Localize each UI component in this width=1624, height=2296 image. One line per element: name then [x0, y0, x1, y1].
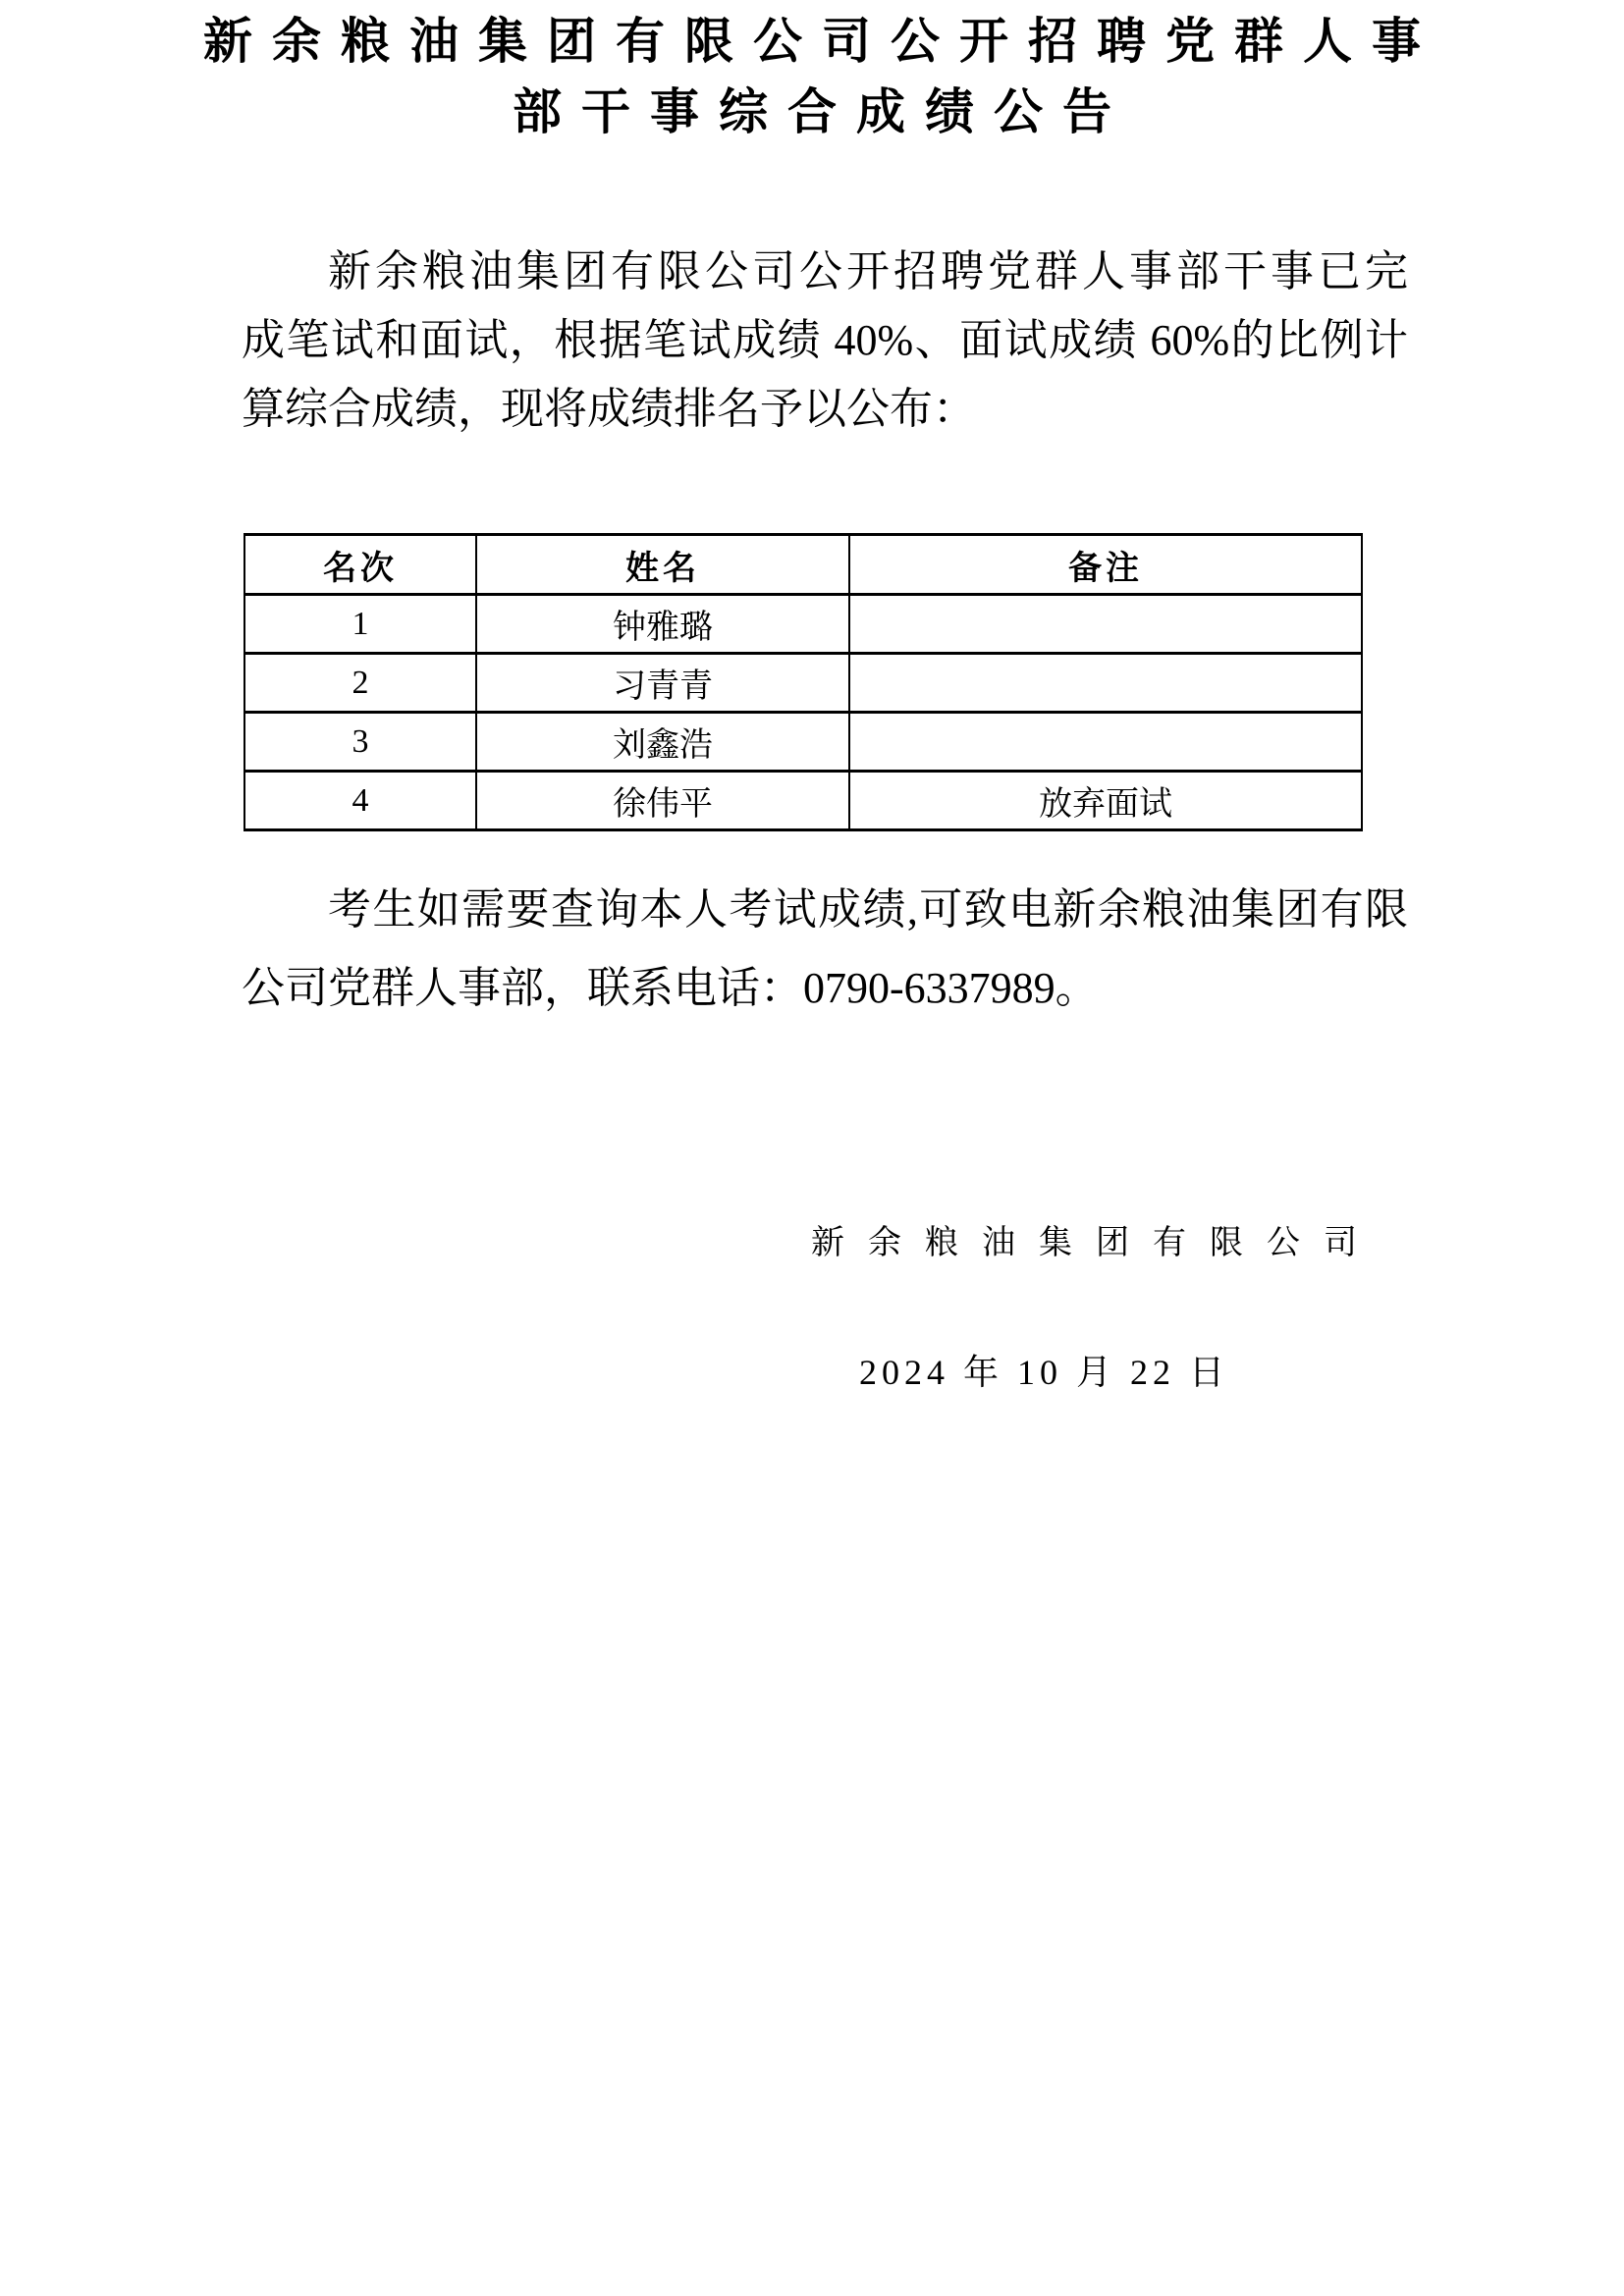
- table-row: 3 刘鑫浩: [244, 713, 1362, 772]
- title-line-2: 部干事综合成绩公告: [0, 77, 1624, 147]
- name-cell: 习青青: [476, 654, 849, 713]
- signature: 新余粮油集团有限公司: [811, 1215, 1380, 1263]
- rank-cell: 3: [244, 713, 476, 772]
- intro-line-3: 算综合成绩，现将成绩排名予以公布：: [242, 375, 1408, 444]
- name-cell: 刘鑫浩: [476, 713, 849, 772]
- table-header-row: 名次 姓名 备注: [244, 535, 1362, 595]
- name-cell: 钟雅璐: [476, 595, 849, 654]
- rank-cell: 4: [244, 772, 476, 830]
- document-title: 新余粮油集团有限公司公开招聘党群人事 部干事综合成绩公告: [0, 6, 1624, 147]
- header-cell-name: 姓名: [476, 535, 849, 595]
- header-cell-rank: 名次: [244, 535, 476, 595]
- note-cell: [849, 654, 1362, 713]
- rank-cell: 1: [244, 595, 476, 654]
- intro-paragraph: 新余粮油集团有限公司公开招聘党群人事部干事已完 成笔试和面试，根据笔试成绩 40…: [242, 238, 1408, 444]
- document-page: 新余粮油集团有限公司公开招聘党群人事 部干事综合成绩公告 新余粮油集团有限公司公…: [0, 0, 1624, 2296]
- table-row: 1 钟雅璐: [244, 595, 1362, 654]
- rank-cell: 2: [244, 654, 476, 713]
- closing-line-2: 公司党群人事部，联系电话：0790-6337989。: [242, 949, 1408, 1028]
- date: 2024 年 10 月 22 日: [859, 1345, 1229, 1395]
- note-cell: [849, 595, 1362, 654]
- intro-line-2: 成笔试和面试，根据笔试成绩 40%、面试成绩 60%的比例计: [242, 306, 1408, 375]
- table-row: 2 习青青: [244, 654, 1362, 713]
- title-line-1: 新余粮油集团有限公司公开招聘党群人事: [0, 6, 1624, 77]
- header-cell-note: 备注: [849, 535, 1362, 595]
- table-row: 4 徐伟平 放弃面试: [244, 772, 1362, 830]
- note-cell: [849, 713, 1362, 772]
- name-cell: 徐伟平: [476, 772, 849, 830]
- closing-line-1: 考生如需要查询本人考试成绩,可致电新余粮油集团有限: [242, 871, 1408, 949]
- closing-paragraph: 考生如需要查询本人考试成绩,可致电新余粮油集团有限 公司党群人事部，联系电话：0…: [242, 871, 1408, 1028]
- note-cell: 放弃面试: [849, 772, 1362, 830]
- results-table: 名次 姓名 备注 1 钟雅璐 2 习青青 3 刘鑫浩 4 徐伟平: [244, 533, 1363, 831]
- intro-line-1: 新余粮油集团有限公司公开招聘党群人事部干事已完: [242, 238, 1408, 306]
